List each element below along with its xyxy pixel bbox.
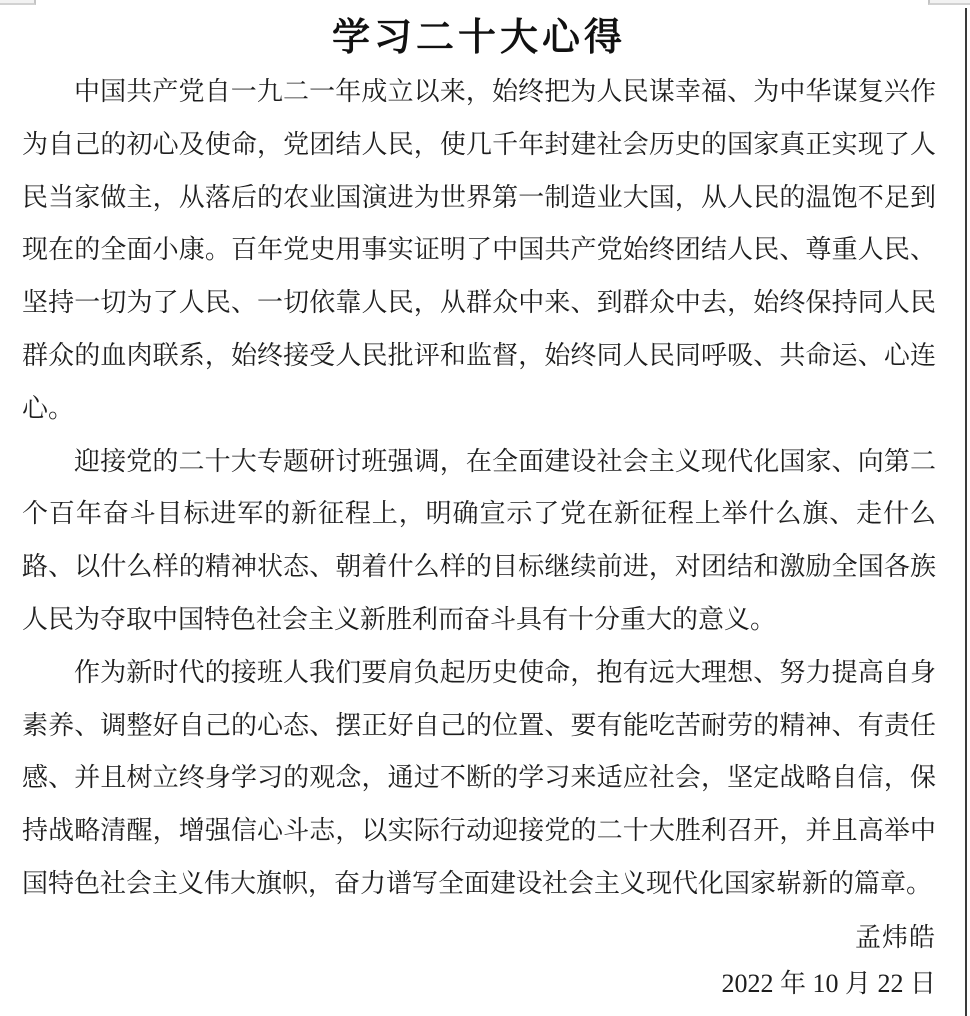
paragraph-3[interactable]: 作为新时代的接班人我们要肩负起历史使命，抱有远大理想、努力提高自身素养、调整好自…	[22, 647, 936, 911]
document-body: 中国共产党自一九二一年成立以来，始终把为人民谋幸福、为中华谋复兴作为自己的初心及…	[22, 66, 936, 911]
document-content: 学习二十大心得 中国共产党自一九二一年成立以来，始终把为人民谋幸福、为中华谋复兴…	[22, 0, 936, 1007]
document-title[interactable]: 学习二十大心得	[22, 13, 936, 63]
page-right-edge-line	[965, 8, 967, 1016]
document-closing: 孟炜皓 2022 年 10 月 22 日	[22, 915, 936, 1007]
paragraph-2[interactable]: 迎接党的二十大专题研讨班强调，在全面建设社会主义现代化国家、向第二个百年奋斗目标…	[22, 436, 936, 647]
document-date[interactable]: 2022 年 10 月 22 日	[22, 961, 936, 1007]
paragraph-1[interactable]: 中国共产党自一九二一年成立以来，始终把为人民谋幸福、为中华谋复兴作为自己的初心及…	[22, 66, 936, 436]
author-signature[interactable]: 孟炜皓	[22, 915, 936, 961]
document-page: 学习二十大心得 中国共产党自一九二一年成立以来，始终把为人民谋幸福、为中华谋复兴…	[0, 0, 970, 1016]
